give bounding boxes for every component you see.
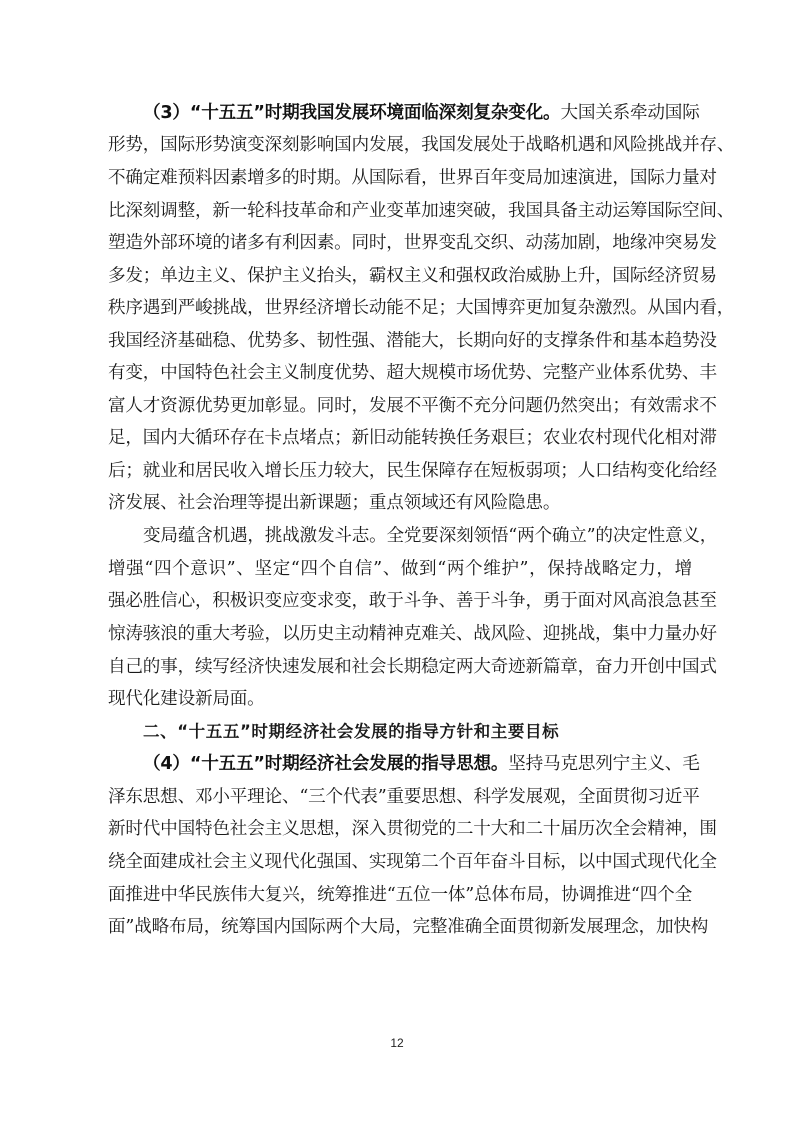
paragraph-line: 足，国内大循环存在卡点堵点；新旧动能转换任务艰巨；农业农村现代化相对滞 xyxy=(108,426,692,450)
paragraph-line: 塑造外部环境的诸多有利因素。同时，世界变乱交织、动荡加剧，地缘冲突易发 xyxy=(108,231,692,255)
paragraph-line: 有变，中国特色社会主义制度优势、超大规模市场优势、完整产业体系优势、丰 xyxy=(108,361,692,385)
section-heading: 二、“十五五”时期经济社会发展的指导方针和主要目标 xyxy=(143,720,559,744)
paragraph-line: 现代化建设新局面。 xyxy=(108,687,692,711)
paragraph-4-line-1: （4）“十五五”时期经济社会发展的指导思想。坚持马克思列宁主义、毛 xyxy=(143,752,692,776)
paragraph-line: 我国经济基础稳、优势多、韧性强、潜能大，长期向好的支撑条件和基本趋势没 xyxy=(108,329,692,353)
paragraph-line: 富人才资源优势更加彰显。同时，发展不平衡不充分问题仍然突出；有效需求不 xyxy=(108,394,692,418)
paragraph-line: 不确定难预料因素增多的时期。从国际看，世界百年变局加速演进，国际力量对 xyxy=(108,166,692,190)
paragraph-line: 秩序遇到严峻挑战，世界经济增长动能不足；大国博弈更加复杂激烈。从国内看， xyxy=(108,296,692,320)
paragraph-4-lead-heading: （4）“十五五”时期经济社会发展的指导思想。 xyxy=(143,754,508,774)
paragraph-line: 自己的事，续写经济快速发展和社会长期稳定两大奇迹新篇章，奋力开创中国式 xyxy=(108,655,692,679)
paragraph-line: 后；就业和居民收入增长压力较大，民生保障存在短板弱项；人口结构变化给经 xyxy=(108,459,692,483)
paragraph-text: 大国关系牵动国际 xyxy=(560,103,699,123)
paragraph-3-line-1: （3）“十五五”时期我国发展环境面临深刻复杂变化。大国关系牵动国际 xyxy=(143,101,692,125)
paragraph-line: 增强“四个意识”、坚定“四个自信”、做到“两个维护”，保持战略定力，增 xyxy=(108,557,692,581)
paragraph-line: 绕全面建成社会主义现代化强国、实现第二个百年奋斗目标，以中国式现代化全 xyxy=(108,850,692,874)
paragraph-line: 变局蕴含机遇，挑战激发斗志。全党要深刻领悟“两个确立”的决定性意义， xyxy=(143,524,692,548)
paragraph-line: 面推进中华民族伟大复兴，统筹推进“五位一体”总体布局，协调推进“四个全 xyxy=(108,883,692,907)
paragraph-line: 比深刻调整，新一轮科技革命和产业变革加速突破，我国具备主动运筹国际空间、 xyxy=(108,199,692,223)
page-number: 12 xyxy=(0,1036,794,1050)
paragraph-3-lead-heading: （3）“十五五”时期我国发展环境面临深刻复杂变化。 xyxy=(143,103,560,123)
paragraph-line: 多发；单边主义、保护主义抬头，霸权主义和强权政治威胁上升，国际经济贸易 xyxy=(108,264,692,288)
document-page: （3）“十五五”时期我国发展环境面临深刻复杂变化。大国关系牵动国际 形势，国际形… xyxy=(0,0,794,1123)
paragraph-text: 坚持马克思列宁主义、毛 xyxy=(508,754,699,774)
paragraph-line: 惊涛骇浪的重大考验，以历史主动精神克难关、战风险、迎挑战，集中力量办好 xyxy=(108,622,692,646)
paragraph-line: 泽东思想、邓小平理论、“三个代表”重要思想、科学发展观，全面贯彻习近平 xyxy=(108,785,692,809)
paragraph-line: 济发展、社会治理等提出新课题；重点领域还有风险隐患。 xyxy=(108,491,692,515)
paragraph-line: 新时代中国特色社会主义思想，深入贯彻党的二十大和二十届历次全会精神，围 xyxy=(108,817,692,841)
paragraph-line: 形势，国际形势演变深刻影响国内发展，我国发展处于战略机遇和风险挑战并存、 xyxy=(108,133,692,157)
paragraph-line: 强必胜信心，积极识变应变求变，敢于斗争、善于斗争，勇于面对风高浪急甚至 xyxy=(108,589,692,613)
paragraph-line: 面”战略布局，统筹国内国际两个大局，完整准确全面贯彻新发展理念，加快构 xyxy=(108,915,692,939)
